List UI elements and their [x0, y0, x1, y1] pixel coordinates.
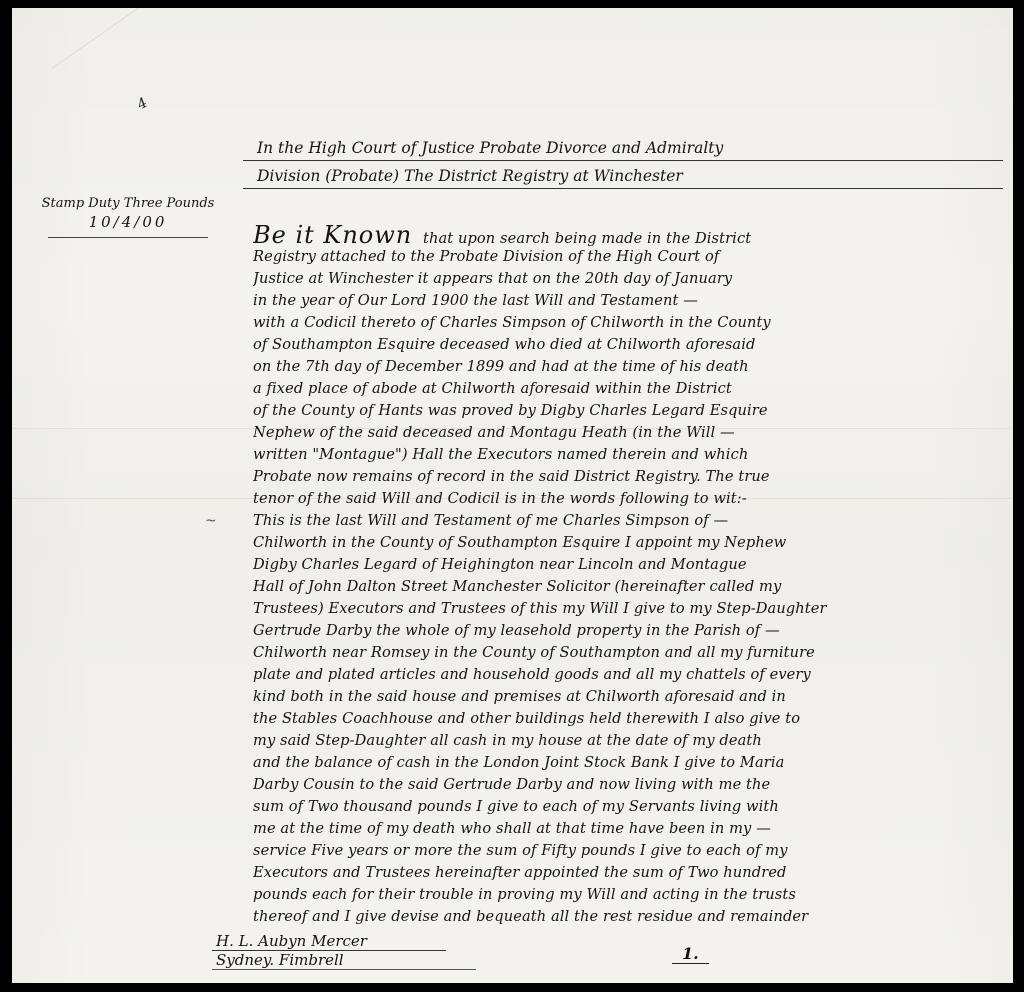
body-line: of Southampton Esquire deceased who died… [253, 334, 1013, 356]
be-it-known-lead: Be it Known [253, 224, 412, 246]
page-number: 1. [672, 944, 709, 964]
signature-1: H. L. Aubyn Mercer [212, 932, 446, 951]
body-line: pounds each for their trouble in proving… [253, 884, 1013, 906]
body-line: sum of Two thousand pounds I give to eac… [253, 796, 1013, 818]
margin-mark: ~ [205, 513, 217, 529]
body-line: Trustees) Executors and Trustees of this… [253, 598, 1013, 620]
body-line: Nephew of the said deceased and Montagu … [253, 422, 1013, 444]
body-line: tenor of the said Will and Codicil is in… [253, 488, 1013, 510]
stamp-duty-note: Stamp Duty Three Pounds 10/4/00 [12, 196, 248, 238]
court-heading: In the High Court of Justice Probate Div… [243, 138, 1003, 189]
heading-line-1: In the High Court of Justice Probate Div… [243, 138, 1003, 161]
body-line: the Stables Coachhouse and other buildin… [253, 708, 1013, 730]
body-line: Chilworth in the County of Southampton E… [253, 532, 1013, 554]
body-line: plate and plated articles and household … [253, 664, 1013, 686]
paper-crease [52, 8, 200, 69]
stamp-duty-text: Stamp Duty Three Pounds [12, 196, 248, 211]
body-line: Probate now remains of record in the sai… [253, 466, 1013, 488]
body-line: Digby Charles Legard of Heighington near… [253, 554, 1013, 576]
body-line: service Five years or more the sum of Fi… [253, 840, 1013, 862]
body-line: thereof and I give devise and bequeath a… [253, 906, 1013, 928]
body-line: written "Montague") Hall the Executors n… [253, 444, 1013, 466]
body-line: Be it Known that upon search being made … [253, 224, 1013, 246]
body-line: Executors and Trustees hereinafter appoi… [253, 862, 1013, 884]
signature-block: H. L. Aubyn Mercer Sydney. Fimbrell [212, 932, 492, 970]
body-line: Justice at Winchester it appears that on… [253, 268, 1013, 290]
body-line: on the 7th day of December 1899 and had … [253, 356, 1013, 378]
body-line: a fixed place of abode at Chilworth afor… [253, 378, 1013, 400]
stamp-duty-date: 10/4/00 [48, 213, 208, 238]
body-line: and the balance of cash in the London Jo… [253, 752, 1013, 774]
body-line: my said Step-Daughter all cash in my hou… [253, 730, 1013, 752]
body-line: Gertrude Darby the whole of my leasehold… [253, 620, 1013, 642]
heading-line-2: Division (Probate) The District Registry… [243, 166, 1003, 189]
body-line: Registry attached to the Probate Divisio… [253, 246, 1013, 268]
body-line: of the County of Hants was proved by Dig… [253, 400, 1013, 422]
body-line: in the year of Our Lord 1900 the last Wi… [253, 290, 1013, 312]
will-body-text: Be it Known that upon search being made … [253, 224, 1013, 928]
body-line: kind both in the said house and premises… [253, 686, 1013, 708]
signature-2: Sydney. Fimbrell [212, 951, 476, 970]
body-line: Chilworth near Romsey in the County of S… [253, 642, 1013, 664]
body-line: with a Codicil thereto of Charles Simpso… [253, 312, 1013, 334]
body-line-text: that upon search being made in the Distr… [423, 230, 751, 246]
body-line: This is the last Will and Testament of m… [253, 510, 1013, 532]
body-line: Darby Cousin to the said Gertrude Darby … [253, 774, 1013, 796]
body-line: Hall of John Dalton Street Manchester So… [253, 576, 1013, 598]
corner-mark: 4 [135, 95, 151, 113]
body-line: me at the time of my death who shall at … [253, 818, 1013, 840]
